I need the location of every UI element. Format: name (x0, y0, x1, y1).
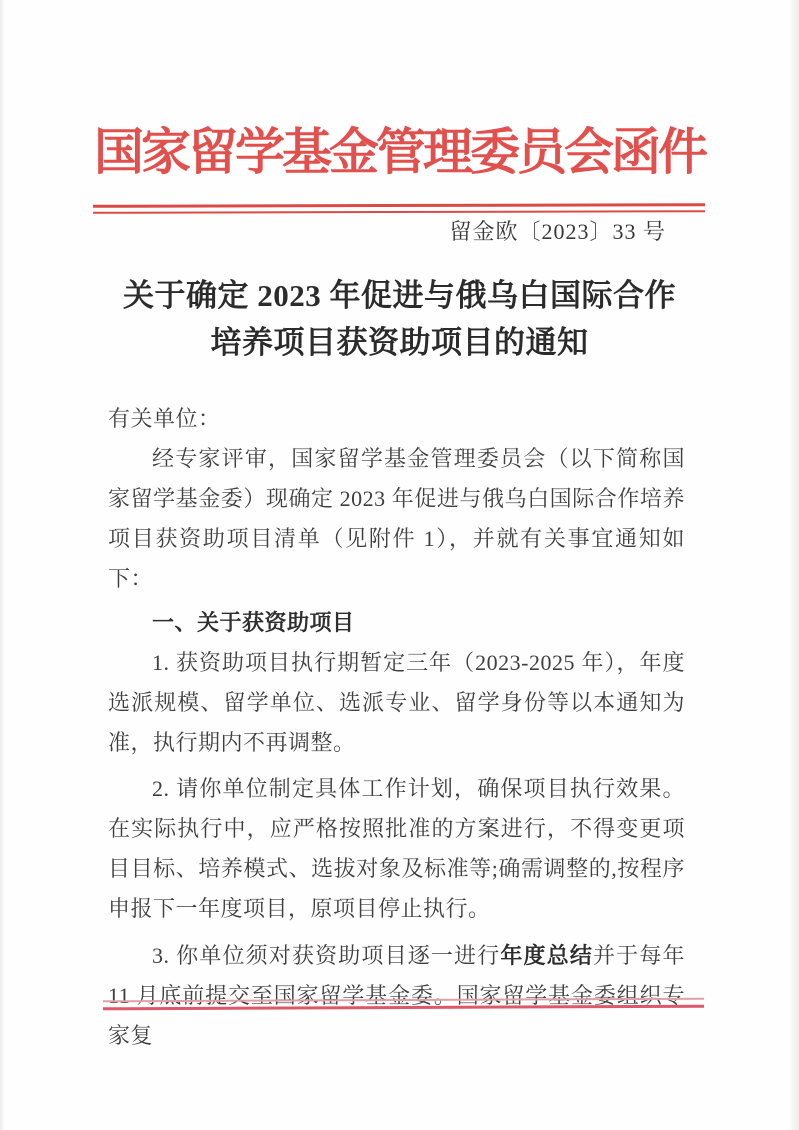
document-title-line-2: 培养项目获资助项目的通知 (0, 319, 799, 366)
document-number: 留金欧〔2023〕33 号 (0, 219, 799, 245)
letterhead-title: 国家留学基金管理委员会函件 (0, 0, 799, 182)
item-3-text-before-emphasis: 3. 你单位须对获资助项目逐一进行 (152, 943, 500, 968)
scanned-document-page: 国家留学基金管理委员会函件 留金欧〔2023〕33 号 关于确定 2023 年促… (0, 0, 799, 1130)
item-3-bold-emphasis: 年度总结 (500, 943, 593, 968)
section-1-item-2: 2. 请你单位制定具体工作计划，确保项目执行效果。在实际执行中，应严格按照批准的… (108, 769, 685, 929)
scan-edge-right (789, 0, 799, 1130)
section-1-heading: 一、关于获资助项目 (108, 603, 685, 643)
section-1-item-3: 3. 你单位须对获资助项目逐一进行年度总结并于每年 11 月底前提交至国家留学基… (108, 936, 685, 1056)
document-body: 有关单位： 经专家评审，国家留学基金管理委员会（以下简称国家留学基金委）现确定 … (108, 399, 685, 1056)
section-1-item-1: 1. 获资助项目执行期暂定三年（2023-2025 年），年度选派规模、留学单位… (108, 643, 685, 763)
document-title-line-1: 关于确定 2023 年促进与俄乌白国际合作 (0, 272, 799, 319)
intro-paragraph: 经专家评审，国家留学基金管理委员会（以下简称国家留学基金委）现确定 2023 年… (108, 439, 685, 599)
document-title: 关于确定 2023 年促进与俄乌白国际合作 培养项目获资助项目的通知 (0, 272, 799, 366)
salutation: 有关单位： (108, 399, 685, 439)
scan-edge-left (0, 0, 5, 1130)
letterhead-double-rule (93, 203, 705, 214)
